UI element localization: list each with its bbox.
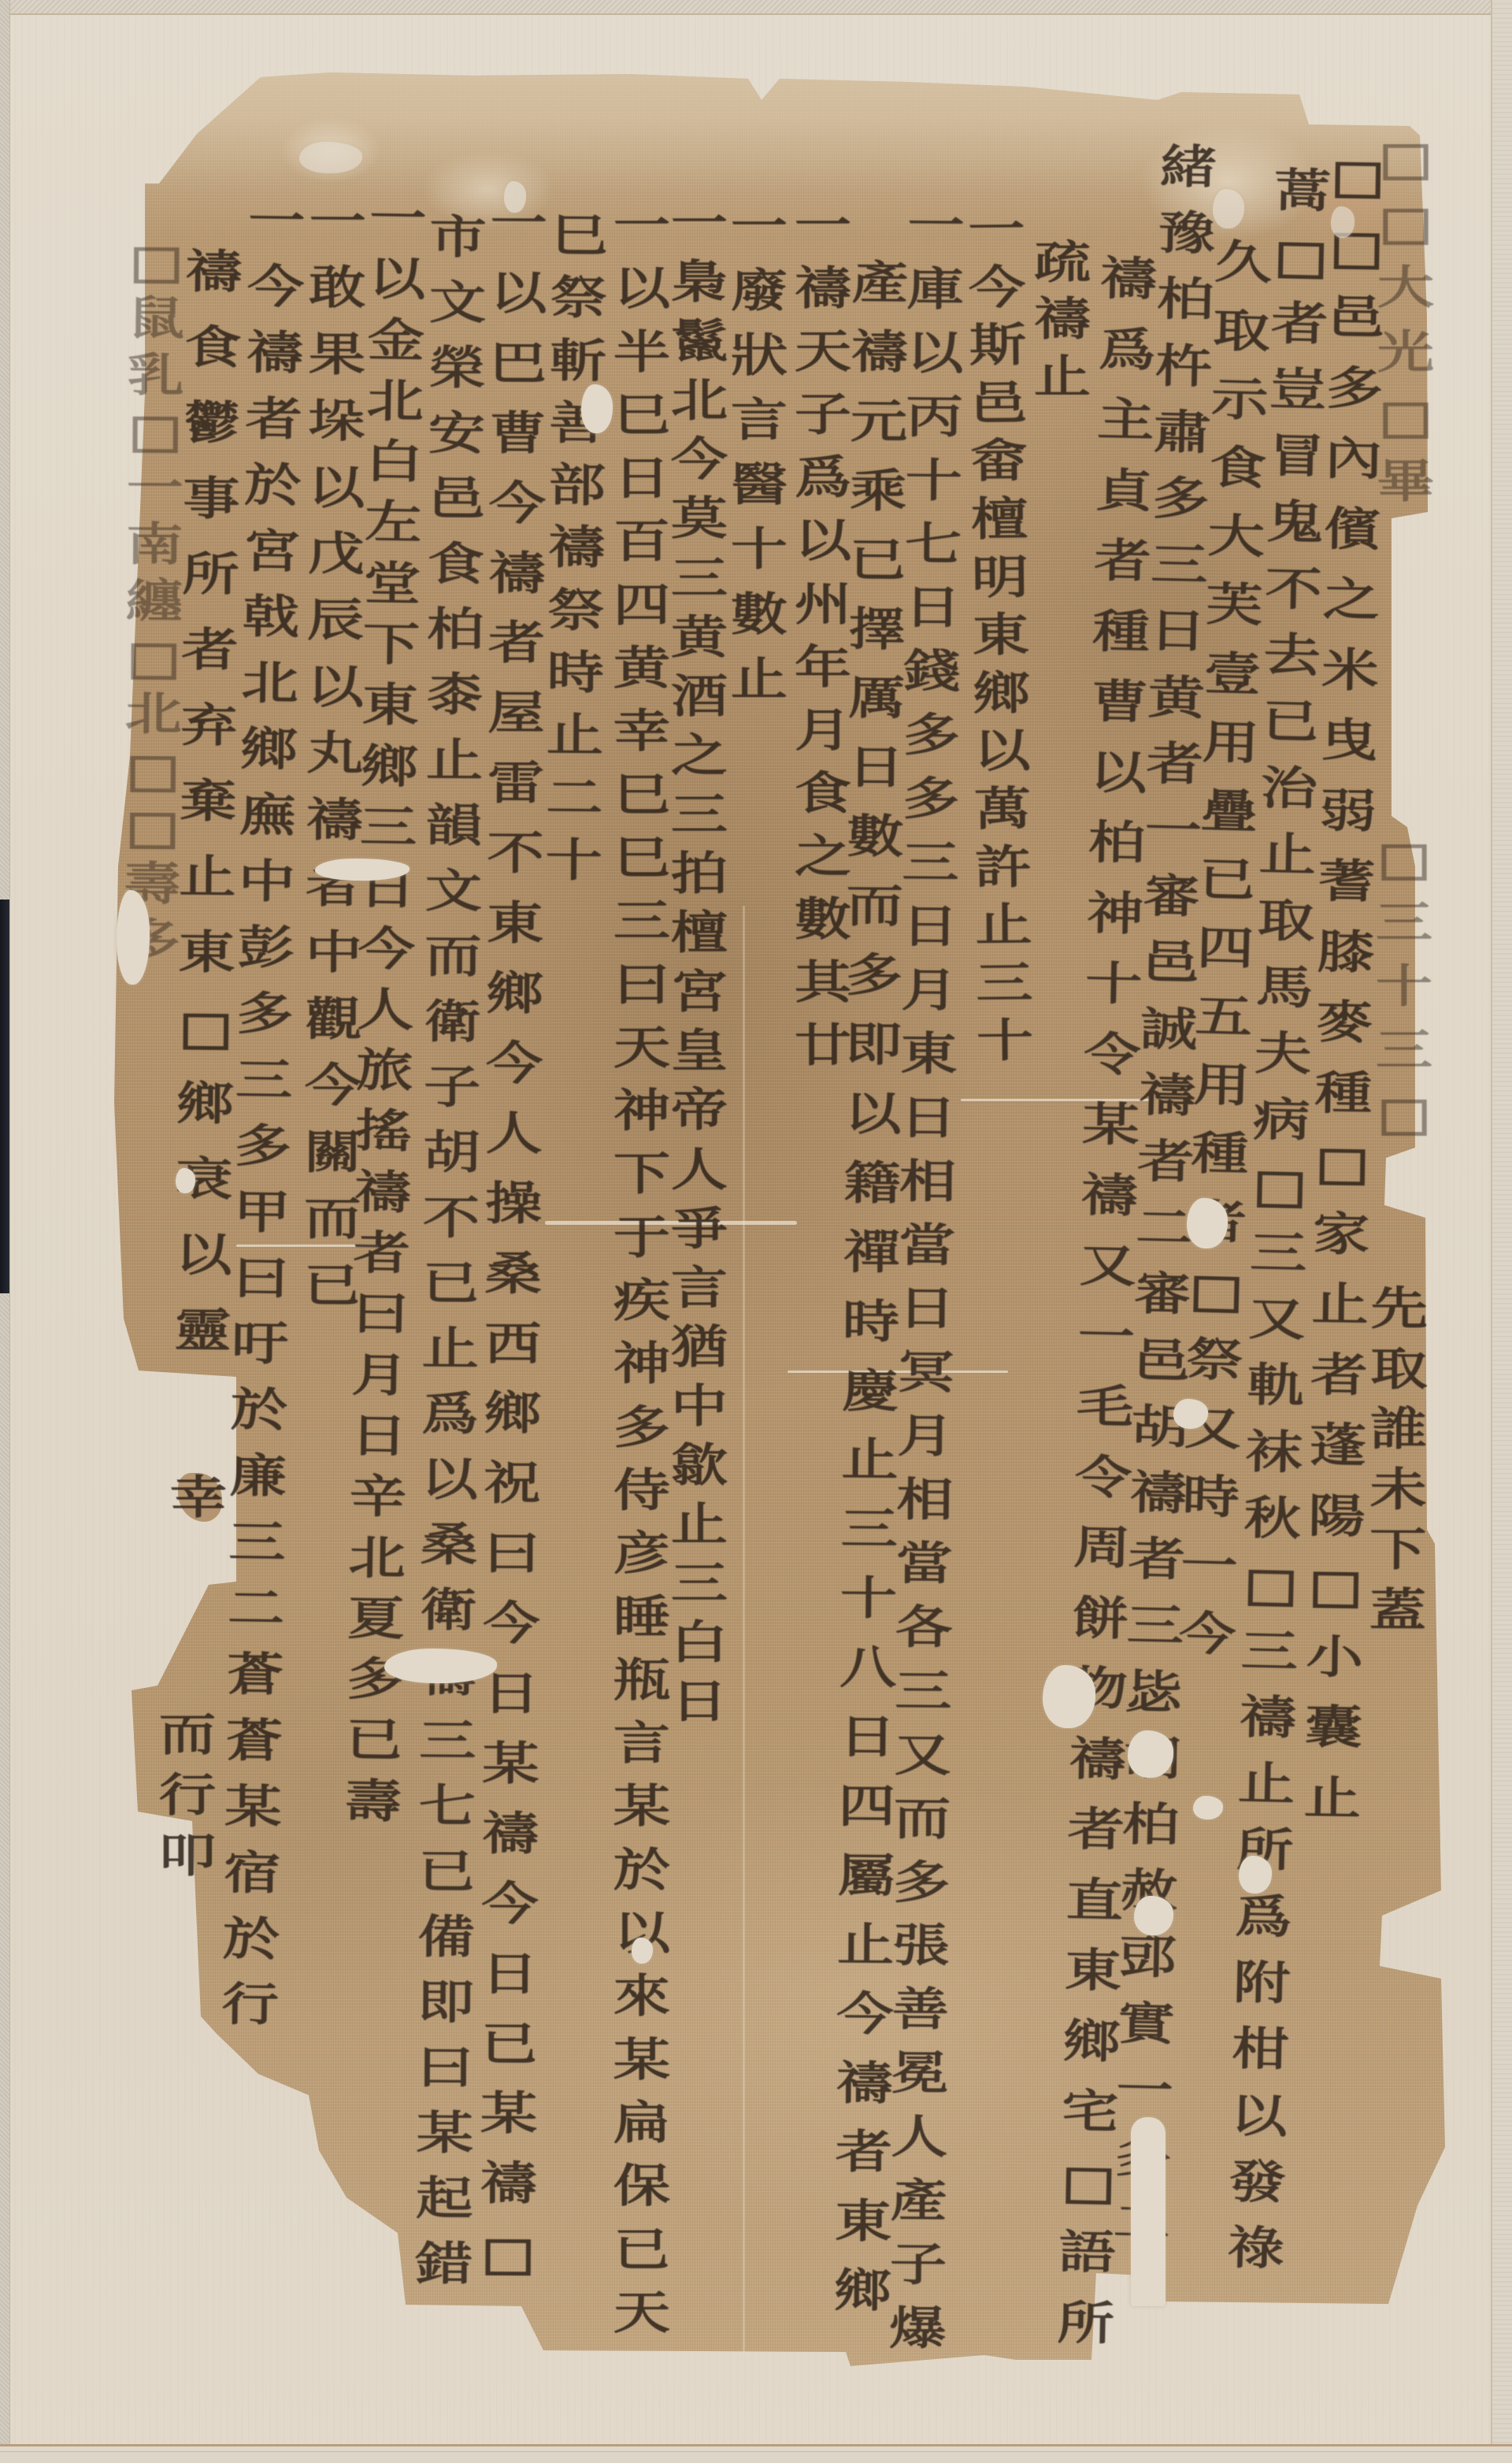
character-glyph: 畲: [963, 432, 1035, 491]
character-glyph: 纏: [118, 573, 189, 629]
character-glyph: 於: [237, 452, 309, 519]
damage-hole: [1331, 206, 1354, 238]
character-glyph: 慶: [835, 1356, 906, 1426]
character-glyph: 而: [417, 924, 489, 990]
character-glyph: 爲: [787, 446, 858, 509]
character-glyph: 幸: [606, 699, 677, 762]
character-glyph: □: [1299, 1551, 1371, 1623]
character-glyph: 禱: [828, 2049, 900, 2119]
character-glyph: 以: [966, 722, 1038, 781]
character-glyph: 叩: [152, 1826, 223, 1886]
character-glyph: 四: [606, 573, 677, 636]
character-glyph: 果: [302, 321, 372, 388]
character-glyph: 胡: [416, 1120, 487, 1186]
character-glyph: 巴: [483, 328, 554, 399]
character-glyph: 一: [900, 194, 972, 258]
character-glyph: 半: [606, 321, 677, 384]
character-glyph: 垛: [301, 388, 372, 454]
character-glyph: 巳: [606, 763, 677, 826]
character-glyph: 七: [412, 1774, 484, 1840]
character-glyph: 令: [1077, 1018, 1149, 1090]
character-glyph: 保: [606, 2154, 677, 2217]
character-glyph: 以: [299, 654, 370, 721]
character-glyph: 曰: [476, 1519, 547, 1589]
character-glyph: □: [1306, 1128, 1378, 1200]
character-glyph: 戊: [300, 521, 371, 588]
character-glyph: 宮: [236, 518, 308, 585]
character-glyph: □: [120, 234, 191, 291]
character-glyph: 鄉: [169, 1065, 241, 1141]
character-glyph: 屋: [480, 678, 551, 748]
character-glyph: □: [117, 799, 187, 856]
damage-hole: [1213, 189, 1244, 228]
character-glyph: 鄉: [827, 2257, 899, 2327]
character-glyph: 於: [215, 1906, 287, 1973]
frame-top-edge: [0, 0, 1512, 15]
character-glyph: 令: [1067, 1441, 1140, 1513]
character-glyph: 禱: [473, 2149, 544, 2219]
fabric-seam: [743, 906, 745, 2355]
character-glyph: 人: [478, 1099, 549, 1169]
character-glyph: □: [472, 2219, 543, 2289]
character-glyph: 神: [606, 1079, 677, 1142]
damage-hole: [504, 181, 526, 213]
character-glyph: 宅: [1054, 2076, 1126, 2148]
character-glyph: 毛: [1069, 1371, 1141, 1443]
text-column: 幸: [170, 1473, 227, 1522]
character-glyph: 禱: [1027, 291, 1098, 347]
character-glyph: 日: [832, 1703, 903, 1773]
character-glyph: 一: [1070, 1300, 1143, 1372]
character-glyph: 子: [787, 383, 858, 446]
text-column: 疏禱止: [1034, 234, 1091, 405]
character-glyph: 天: [606, 1016, 677, 1079]
character-glyph: 一: [606, 194, 677, 257]
damage-hole: [384, 1649, 497, 1683]
character-glyph: 止: [1304, 1269, 1376, 1341]
character-glyph: 疾: [606, 1269, 677, 1332]
character-glyph: □: [1053, 2146, 1125, 2218]
damage-hole: [1239, 1856, 1272, 1894]
character-glyph: 爲: [414, 1382, 486, 1448]
character-glyph: 辰: [300, 587, 371, 654]
character-glyph: 者: [828, 2118, 900, 2188]
character-glyph: 月: [344, 1345, 416, 1407]
character-glyph: 月: [787, 699, 858, 762]
character-glyph: 者: [1060, 1794, 1132, 1866]
character-glyph: 三: [969, 954, 1040, 1013]
character-glyph: 以: [606, 257, 677, 320]
character-glyph: 禱: [475, 1799, 546, 1869]
text-column: 一以半巳日百四黄幸巳巳三曰天神下于疾神多侍彦睡瓶言某於以來某扁保已天: [613, 194, 670, 2344]
character-glyph: □: [170, 989, 242, 1066]
character-glyph: 一: [119, 460, 190, 517]
character-glyph: 靈: [167, 1292, 239, 1368]
character-glyph: □: [117, 743, 188, 799]
character-glyph: 家: [1306, 1199, 1377, 1270]
character-glyph: 主: [1089, 384, 1162, 456]
character-glyph: 者: [238, 386, 309, 453]
character-glyph: 鼠: [120, 290, 191, 347]
character-glyph: 侍: [606, 1459, 677, 1522]
character-glyph: 備: [410, 1905, 482, 1971]
damage-tear: [1131, 2117, 1165, 2306]
character-glyph: 邑: [962, 374, 1034, 433]
damage-hole: [632, 1938, 653, 1964]
character-glyph: 曰: [606, 953, 677, 1016]
character-glyph: 夏: [340, 1588, 412, 1650]
character-glyph: 蒼: [218, 1708, 290, 1775]
character-glyph: 柑: [1225, 2016, 1297, 2083]
character-glyph: 東: [1057, 1935, 1129, 2007]
character-glyph: 以: [787, 509, 858, 572]
character-glyph: 者: [1087, 525, 1159, 597]
character-glyph: 發: [1221, 2148, 1294, 2216]
character-glyph: 州: [787, 573, 858, 636]
frame-bottom-edge: [0, 2444, 1512, 2463]
damage-hole: [1193, 1796, 1223, 1819]
character-glyph: 止: [1230, 1750, 1303, 1818]
character-glyph: 一: [787, 194, 858, 257]
character-glyph: 日: [474, 1938, 545, 2009]
character-glyph: 曹: [482, 398, 553, 468]
text-column: 一今斯邑畲檀明東鄉以萬許止三十: [968, 201, 1034, 1071]
character-glyph: 禪: [836, 1218, 907, 1288]
character-glyph: 北: [117, 686, 188, 743]
character-glyph: 止: [1027, 348, 1098, 405]
character-glyph: 而: [297, 1185, 368, 1252]
character-glyph: 食: [787, 762, 858, 825]
character-glyph: 爲: [1227, 1882, 1299, 1950]
character-glyph: 行: [214, 1972, 286, 2039]
character-glyph: 未: [1362, 1459, 1433, 1519]
character-glyph: 雷: [480, 748, 551, 818]
text-column: 一禱天子爲以州年月食之數其廿: [795, 194, 851, 1077]
character-glyph: 某: [473, 2079, 544, 2149]
character-glyph: 桑: [413, 1512, 485, 1578]
character-glyph: 某: [606, 1775, 677, 1838]
character-glyph: 已: [411, 1839, 483, 1905]
character-glyph: 即: [410, 1970, 482, 2036]
text-column: 一敢果垛以戊辰以丸禱者中觀今關而已: [303, 188, 366, 1319]
character-glyph: 所: [1050, 2287, 1122, 2359]
character-glyph: 行: [152, 1765, 223, 1826]
character-glyph: 邑: [421, 466, 492, 532]
character-glyph: 直: [1058, 1864, 1131, 1936]
character-glyph: 食: [421, 532, 492, 598]
character-glyph: 言: [606, 1712, 677, 1775]
character-glyph: 宿: [217, 1840, 288, 1907]
character-glyph: 以: [1223, 2082, 1295, 2150]
character-glyph: 之: [787, 825, 858, 888]
character-glyph: 百: [606, 510, 677, 573]
character-glyph: 種: [1085, 595, 1158, 667]
character-glyph: 東: [828, 2187, 899, 2257]
character-glyph: 衛: [417, 989, 488, 1055]
character-glyph: 睡: [606, 1586, 677, 1649]
character-glyph: 止: [1296, 1763, 1368, 1834]
character-glyph: 以: [483, 258, 554, 328]
damage-hole: [315, 859, 409, 881]
character-glyph: 緒: [1152, 133, 1225, 201]
character-glyph: 關: [297, 1118, 368, 1185]
character-glyph: 禱: [481, 538, 552, 608]
character-glyph: 曹: [1084, 666, 1156, 738]
character-glyph: 斯: [962, 317, 1034, 376]
character-glyph: 桼: [419, 662, 491, 729]
character-glyph: 巳: [606, 384, 677, 447]
character-glyph: 止: [834, 1426, 906, 1496]
character-glyph: 祝: [476, 1448, 547, 1519]
text-column: 而行叩: [159, 1704, 216, 1886]
character-glyph: 神: [1079, 877, 1151, 949]
character-glyph: 今: [482, 468, 553, 538]
character-glyph: 囊: [1298, 1692, 1369, 1764]
character-glyph: 又: [1072, 1230, 1144, 1302]
character-glyph: 四: [831, 1771, 902, 1842]
character-glyph: 今: [476, 1589, 547, 1659]
character-glyph: 文: [422, 270, 494, 336]
damage-hole: [1134, 1896, 1173, 1935]
character-glyph: 禱: [299, 786, 370, 853]
character-glyph: 巳: [606, 826, 677, 889]
character-glyph: 巳: [543, 205, 615, 268]
damage-hole: [581, 384, 613, 433]
character-glyph: 東: [480, 888, 550, 959]
character-glyph: 者: [481, 608, 552, 678]
character-glyph: 丸: [299, 720, 370, 787]
character-glyph: 蓬: [1302, 1410, 1373, 1482]
character-glyph: □: [120, 403, 191, 460]
character-glyph: 今: [240, 254, 312, 321]
character-glyph: 萬: [967, 780, 1039, 839]
character-glyph: 貞: [1088, 454, 1161, 526]
text-column: □三十三□: [1376, 827, 1432, 1146]
character-glyph: 韻: [418, 793, 490, 859]
character-glyph: 以: [413, 1447, 485, 1513]
character-glyph: 蒼: [219, 1641, 291, 1708]
character-glyph: 一: [241, 187, 313, 254]
character-glyph: 止: [968, 896, 1039, 955]
character-glyph: 禱: [787, 257, 858, 320]
character-glyph: 十: [969, 1012, 1041, 1071]
character-glyph: 柏: [420, 597, 491, 663]
character-glyph: 瓶: [606, 1649, 677, 1712]
character-glyph: 敢: [302, 254, 372, 321]
character-glyph: 禱: [239, 320, 310, 387]
character-glyph: 明: [965, 548, 1036, 607]
character-glyph: 桑: [478, 1238, 549, 1308]
character-glyph: 以: [837, 1079, 909, 1149]
character-glyph: 三: [412, 1708, 484, 1775]
character-glyph: 附: [1225, 1949, 1298, 2016]
character-glyph: 某: [606, 2028, 677, 2091]
character-glyph: 數: [787, 888, 858, 951]
frame-left-dark-strip: [0, 900, 9, 1293]
damage-hole: [1187, 1198, 1228, 1248]
character-glyph: 某: [1075, 1089, 1147, 1161]
character-glyph: 今: [479, 1029, 550, 1099]
damage-hole: [176, 1168, 195, 1193]
character-glyph: 起: [409, 2166, 480, 2232]
character-glyph: 軌: [1240, 1352, 1312, 1419]
character-glyph: 已: [338, 1709, 409, 1771]
character-glyph: 文: [418, 859, 490, 925]
damage-hole: [1128, 1730, 1173, 1778]
character-glyph: 下: [606, 1142, 677, 1205]
text-column: 一廢狀言醫十數止: [731, 194, 787, 711]
character-glyph: 禱: [1062, 1723, 1134, 1795]
damage-hole: [299, 142, 362, 173]
character-glyph: 檀: [964, 490, 1036, 549]
character-glyph: 禱: [1092, 243, 1165, 315]
character-glyph: □: [1235, 1551, 1307, 1619]
character-glyph: 來: [606, 1964, 677, 2027]
character-glyph: 錯: [408, 2231, 480, 2298]
character-glyph: 曰: [409, 2035, 481, 2101]
character-glyph: 於: [223, 1377, 295, 1444]
character-glyph: 天: [606, 2281, 677, 2344]
character-glyph: 安: [421, 401, 493, 467]
character-glyph: 辛: [342, 1466, 413, 1528]
character-glyph: 以: [1082, 736, 1154, 808]
text-column: □鼠乳□一南纏□北□□壽多: [123, 234, 185, 970]
character-glyph: 以: [301, 454, 372, 521]
character-glyph: 操: [478, 1168, 549, 1238]
character-glyph: 中: [298, 919, 369, 986]
character-glyph: 子: [417, 1055, 488, 1121]
character-glyph: 黄: [606, 636, 677, 699]
character-glyph: 今: [829, 1979, 901, 2049]
character-glyph: 壽: [337, 1771, 409, 1833]
character-glyph: 祿: [1220, 2215, 1292, 2283]
character-glyph: 鄉: [1055, 2005, 1128, 2077]
character-glyph: 日: [606, 447, 677, 510]
character-glyph: 蒿: [1266, 157, 1339, 224]
character-glyph: 年: [787, 636, 858, 699]
character-glyph: 柏: [1080, 807, 1153, 879]
character-glyph: 蓋: [1362, 1579, 1433, 1640]
character-glyph: 止: [830, 1910, 902, 1980]
character-glyph: 陽: [1301, 1481, 1373, 1552]
character-glyph: 今: [962, 258, 1033, 317]
character-glyph: 乳: [120, 347, 191, 403]
character-glyph: 扁: [606, 2091, 677, 2154]
character-glyph: 於: [606, 1838, 677, 1901]
character-glyph: 其: [787, 951, 858, 1014]
text-column: 巳祭斬善部禱祭時止二十: [545, 205, 608, 892]
damage-hole: [117, 890, 150, 985]
character-glyph: 已: [296, 1252, 367, 1319]
character-glyph: 天: [787, 320, 858, 383]
character-glyph: 下: [1362, 1519, 1433, 1580]
character-glyph: 鄉: [965, 664, 1037, 723]
character-glyph: 不: [416, 1185, 487, 1252]
character-glyph: 日: [343, 1405, 415, 1467]
frame-right-edge: [1491, 0, 1512, 2463]
character-glyph: 已: [415, 1251, 487, 1317]
character-glyph: 三: [1233, 1617, 1306, 1685]
text-column: 一梟鬣北今莫三黄酒之三拍檀宮皇帝人爭言猶中歙止三白日: [671, 194, 728, 1731]
character-glyph: 十: [833, 1564, 905, 1634]
character-glyph: 北: [341, 1527, 413, 1589]
character-glyph: 二: [220, 1575, 292, 1642]
character-glyph: 三: [606, 889, 677, 952]
character-glyph: 已: [473, 2009, 544, 2079]
character-glyph: 時: [836, 1287, 907, 1357]
character-glyph: 多: [606, 1396, 677, 1459]
character-glyph: 某: [409, 2101, 481, 2167]
damage-hole: [1173, 1399, 1208, 1429]
character-glyph: 幸: [163, 1473, 234, 1522]
character-glyph: 西: [477, 1308, 548, 1378]
character-glyph: 觀: [298, 986, 369, 1053]
character-glyph: 餅: [1065, 1582, 1137, 1654]
character-glyph: 衛: [413, 1578, 484, 1644]
character-glyph: 于: [606, 1206, 677, 1269]
character-glyph: 榮: [421, 336, 493, 402]
character-glyph: 鄉: [479, 959, 550, 1029]
character-glyph: 不: [480, 818, 550, 888]
character-glyph: 周: [1065, 1512, 1138, 1584]
character-glyph: 南: [119, 517, 190, 573]
character-glyph: 今: [298, 1052, 369, 1119]
character-glyph: 三: [833, 1495, 905, 1565]
character-glyph: 許: [967, 838, 1039, 897]
character-glyph: 某: [217, 1774, 289, 1841]
character-glyph: 神: [606, 1332, 677, 1395]
character-glyph: □: [118, 629, 189, 686]
character-glyph: 今: [474, 1868, 545, 1938]
character-glyph: 已: [606, 2218, 677, 2281]
character-glyph: 種: [1307, 1058, 1379, 1129]
character-glyph: 籍: [836, 1148, 908, 1219]
character-glyph: 廿: [787, 1014, 858, 1077]
character-glyph: 十: [1077, 948, 1150, 1020]
character-glyph: 屬: [831, 1841, 902, 1911]
character-glyph: 鄉: [477, 1378, 548, 1448]
character-glyph: 東: [965, 606, 1036, 666]
character-glyph: 秋: [1236, 1484, 1309, 1552]
character-glyph: 袜: [1238, 1418, 1310, 1486]
character-glyph: 語: [1051, 2217, 1124, 2289]
character-glyph: 某: [475, 1729, 546, 1799]
character-glyph: 疏: [1027, 234, 1098, 291]
character-glyph: □: [1369, 1082, 1440, 1146]
character-glyph: 禱: [1073, 1159, 1146, 1231]
character-glyph: 者: [1303, 1340, 1375, 1411]
character-glyph: 八: [832, 1634, 904, 1704]
character-glyph: 小: [1299, 1622, 1370, 1693]
character-glyph: 以: [168, 1216, 239, 1293]
damage-hole: [1043, 1665, 1095, 1728]
character-glyph: 彦: [606, 1522, 677, 1585]
character-glyph: 爲: [1091, 314, 1163, 386]
text-column: 先取誰未下蓋: [1369, 1278, 1428, 1640]
character-glyph: 止: [415, 1316, 487, 1382]
character-glyph: 一: [302, 188, 373, 255]
character-glyph: 而: [152, 1704, 223, 1765]
mounting-board: □□大光□畢 □三十三□ 先取誰未下蓋 □□邑多內儐之米曳弱蓍膝麥種□家止者蓬陽…: [0, 0, 1512, 2463]
character-glyph: 禱: [1232, 1683, 1304, 1751]
character-glyph: 止: [419, 728, 491, 794]
